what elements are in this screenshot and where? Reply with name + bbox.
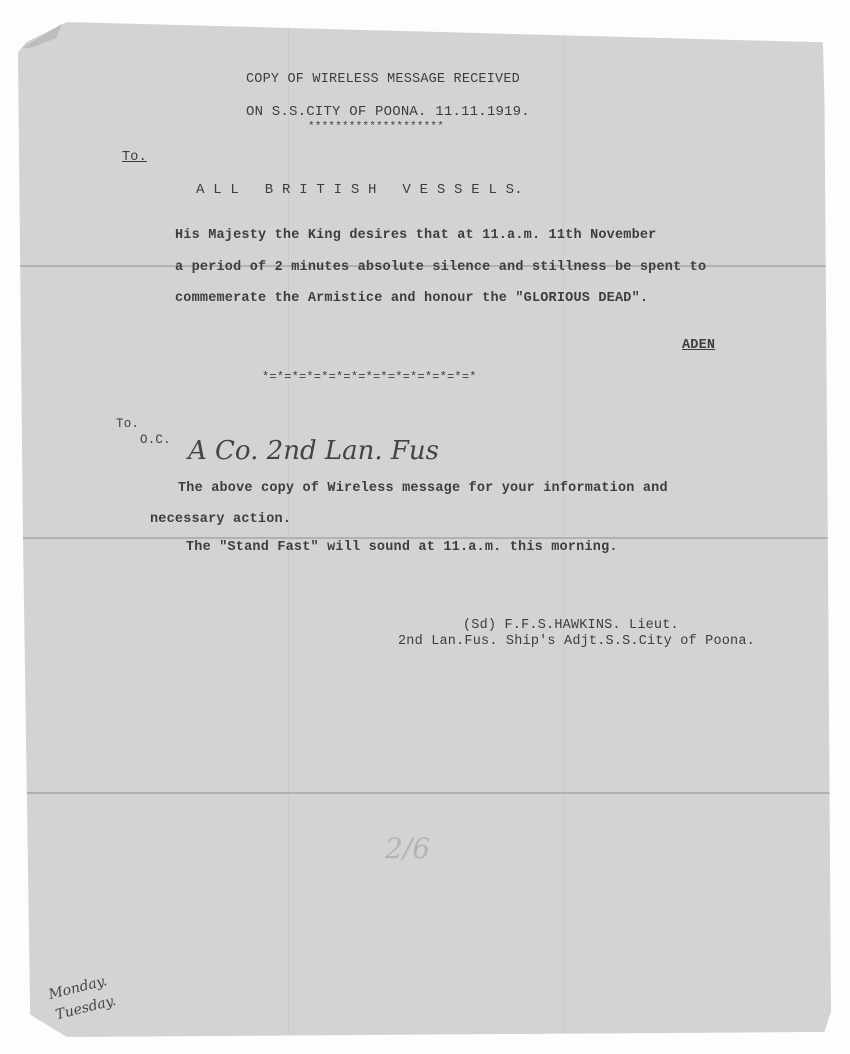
forward-to-label: To. — [116, 417, 139, 431]
message-line: His Majesty the King desires that at 11.… — [175, 228, 656, 243]
standfast-line: The "Stand Fast" will sound at 11.a.m. t… — [186, 540, 618, 555]
fold-line — [288, 22, 289, 1037]
message-line: a period of 2 minutes absolute silence a… — [175, 260, 706, 275]
header-title: COPY OF WIRELESS MESSAGE RECEIVED — [246, 72, 520, 87]
header-stars: ******************** — [308, 121, 444, 133]
fold-line — [18, 537, 831, 539]
to-label: To. — [122, 150, 147, 165]
oc-label: O.C. — [140, 433, 171, 447]
signature-name: (Sd) F.F.S.HAWKINS. Lieut. — [463, 618, 679, 633]
signature-title: 2nd Lan.Fus. Ship's Adjt.S.S.City of Poo… — [398, 634, 755, 649]
sender: ADEN — [682, 338, 715, 353]
recipient: A L L B R I T I S H V E S S E L S. — [196, 182, 523, 198]
header-subtitle: ON S.S.CITY OF POONA. 11.11.1919. — [246, 104, 530, 120]
document-paper — [18, 22, 831, 1037]
handwritten-recipient: A Co. 2nd Lan. Fus — [188, 436, 439, 466]
forward-line: necessary action. — [150, 512, 291, 527]
forward-line: The above copy of Wireless message for y… — [178, 481, 668, 496]
fold-line — [563, 22, 564, 1037]
separator: *=*=*=*=*=*=*=*=*=*=*=*=*=*=* — [262, 370, 477, 384]
message-line: commemerate the Armistice and honour the… — [175, 291, 648, 306]
faint-pencil-mark: 2/6 — [385, 832, 430, 865]
fold-line — [18, 792, 831, 794]
